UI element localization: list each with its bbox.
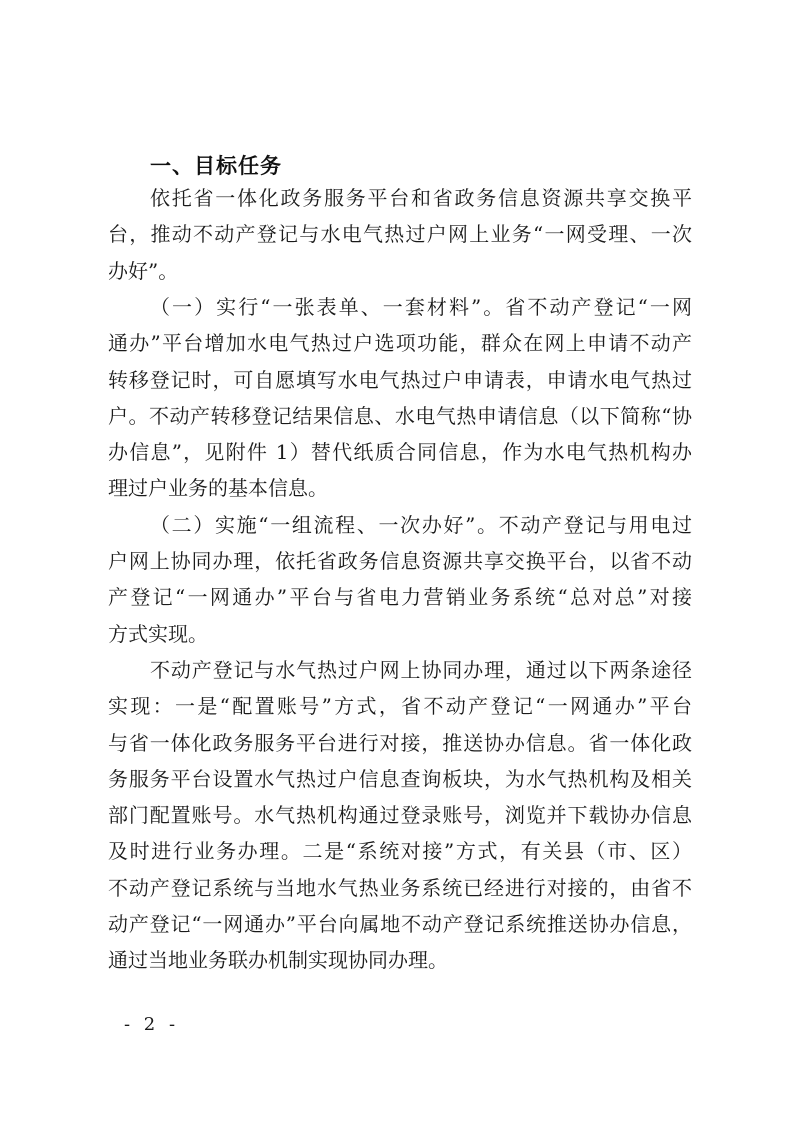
paragraph-2-line-1: （一）实行“一张表单、一套材料”。省不动产登记“一网 bbox=[150, 295, 692, 319]
paragraph-4-line-3: 与省一体化政务服务平台进行对接，推送协办信息。省一体化政 bbox=[108, 731, 692, 755]
paragraph-3-line-2: 户网上协同办理，依托省政务信息资源共享交换平台，以省不动 bbox=[108, 549, 692, 573]
paragraph-4-line-1: 不动产登记与水气热过户网上协同办理，通过以下两条途径 bbox=[150, 658, 692, 682]
section-heading: 一、目标任务 bbox=[150, 150, 282, 180]
paragraph-1-line-1: 依托省一体化政务服务平台和省政务信息资源共享交换平 bbox=[150, 186, 692, 210]
paragraph-2-line-6: 理过户业务的基本信息。 bbox=[108, 476, 328, 500]
paragraph-4-line-7: 不动产登记系统与当地水气热业务系统已经进行对接的，由省不 bbox=[108, 876, 692, 900]
paragraph-4-line-8: 动产登记“一网通办”平台向属地不动产登记系统推送协办信息， bbox=[108, 912, 692, 936]
paragraph-1-line-2: 台，推动不动产登记与水电气热过户网上业务“一网受理、一次 bbox=[108, 222, 692, 246]
paragraph-3-line-3: 产登记“一网通办”平台与省电力营销业务系统“总对总”对接 bbox=[108, 585, 692, 609]
paragraph-4-line-9: 通过当地业务联办机制实现协同办理。 bbox=[108, 948, 448, 972]
paragraph-3-line-4: 方式实现。 bbox=[108, 622, 208, 646]
document-page: 一、目标任务 依托省一体化政务服务平台和省政务信息资源共享交换平 台，推动不动产… bbox=[0, 0, 800, 1131]
paragraph-2-line-4: 户。不动产转移登记结果信息、水电气热申请信息（以下简称“协 bbox=[108, 404, 692, 428]
paragraph-4-line-2: 实现：一是“配置账号”方式，省不动产登记“一网通办”平台 bbox=[108, 694, 692, 718]
paragraph-4-line-4: 务服务平台设置水气热过户信息查询板块，为水气热机构及相关 bbox=[108, 767, 692, 791]
page-number: - 2 - bbox=[124, 1014, 179, 1035]
paragraph-4-line-6: 及时进行业务办理。二是“系统对接”方式，有关县（市、区） bbox=[108, 839, 692, 863]
paragraph-4-line-5: 部门配置账号。水气热机构通过登录账号，浏览并下载协办信息 bbox=[108, 803, 692, 827]
paragraph-2-line-3: 转移登记时，可自愿填写水电气热过户申请表，申请水电气热过 bbox=[108, 368, 692, 392]
paragraph-2-line-2: 通办”平台增加水电气热过户选项功能，群众在网上申请不动产 bbox=[108, 331, 692, 355]
paragraph-1-line-3: 办好”。 bbox=[108, 259, 178, 283]
paragraph-3-line-1: （二）实施“一组流程、一次办好”。不动产登记与用电过 bbox=[150, 513, 692, 537]
paragraph-2-line-5: 办信息”，见附件 1）替代纸质合同信息，作为水电气热机构办 bbox=[108, 440, 692, 464]
